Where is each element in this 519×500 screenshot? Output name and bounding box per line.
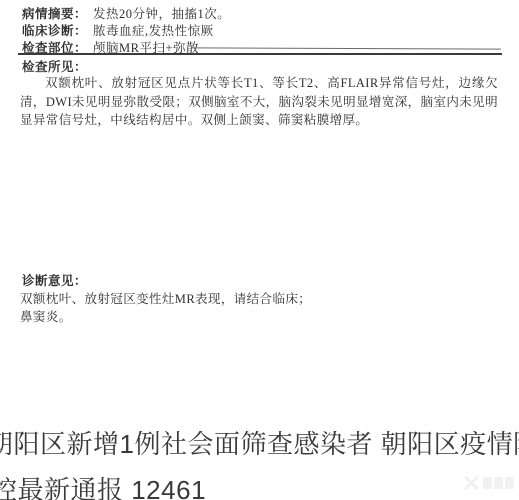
watermark-x-icon — [463, 475, 479, 491]
field-row-summary: 病情摘要：发热20分钟，抽搐1次。 — [22, 8, 502, 21]
watermark-glyph-block — [483, 477, 492, 489]
findings-paragraph: 双额枕叶、放射冠区见点片状等长T1、等长T2、高FLAIR异常信号灶，边缘欠清，… — [20, 74, 498, 130]
impression-line: 双额枕叶、放射冠区变性灶MR表现，请结合临床； — [20, 289, 311, 307]
page: 病情摘要：发热20分钟，抽搐1次。 临床诊断：脓毒血症,发热性惊厥 检查部位：颅… — [0, 0, 519, 500]
field-value-summary: 发热20分钟，抽搐1次。 — [93, 7, 230, 21]
faint-logo-watermark-icon — [463, 473, 515, 495]
findings-heading: 检查所见： — [22, 57, 87, 75]
watermark-glyph-block — [505, 477, 514, 489]
impression-heading: 诊断意见： — [22, 271, 87, 289]
field-row-diagnosis: 临床诊断：脓毒血症,发热性惊厥 — [22, 25, 502, 38]
field-label-diagnosis: 临床诊断： — [22, 24, 87, 38]
field-value-diagnosis: 脓毒血症,发热性惊厥 — [93, 24, 214, 38]
section-divider — [18, 53, 502, 55]
field-label-summary: 病情摘要： — [22, 7, 87, 21]
caption-line-1: 朝阳区新增1例社会面筛查感染者 朝阳区疫情防 — [0, 424, 519, 461]
impression-line: 鼻窦炎。 — [20, 307, 72, 325]
watermark-glyph-block — [494, 477, 503, 489]
caption-line-2: 控最新通报 12461 — [0, 470, 206, 500]
medical-report-scan: 病情摘要：发热20分钟，抽搐1次。 临床诊断：脓毒血症,发热性惊厥 检查部位：颅… — [0, 0, 519, 410]
